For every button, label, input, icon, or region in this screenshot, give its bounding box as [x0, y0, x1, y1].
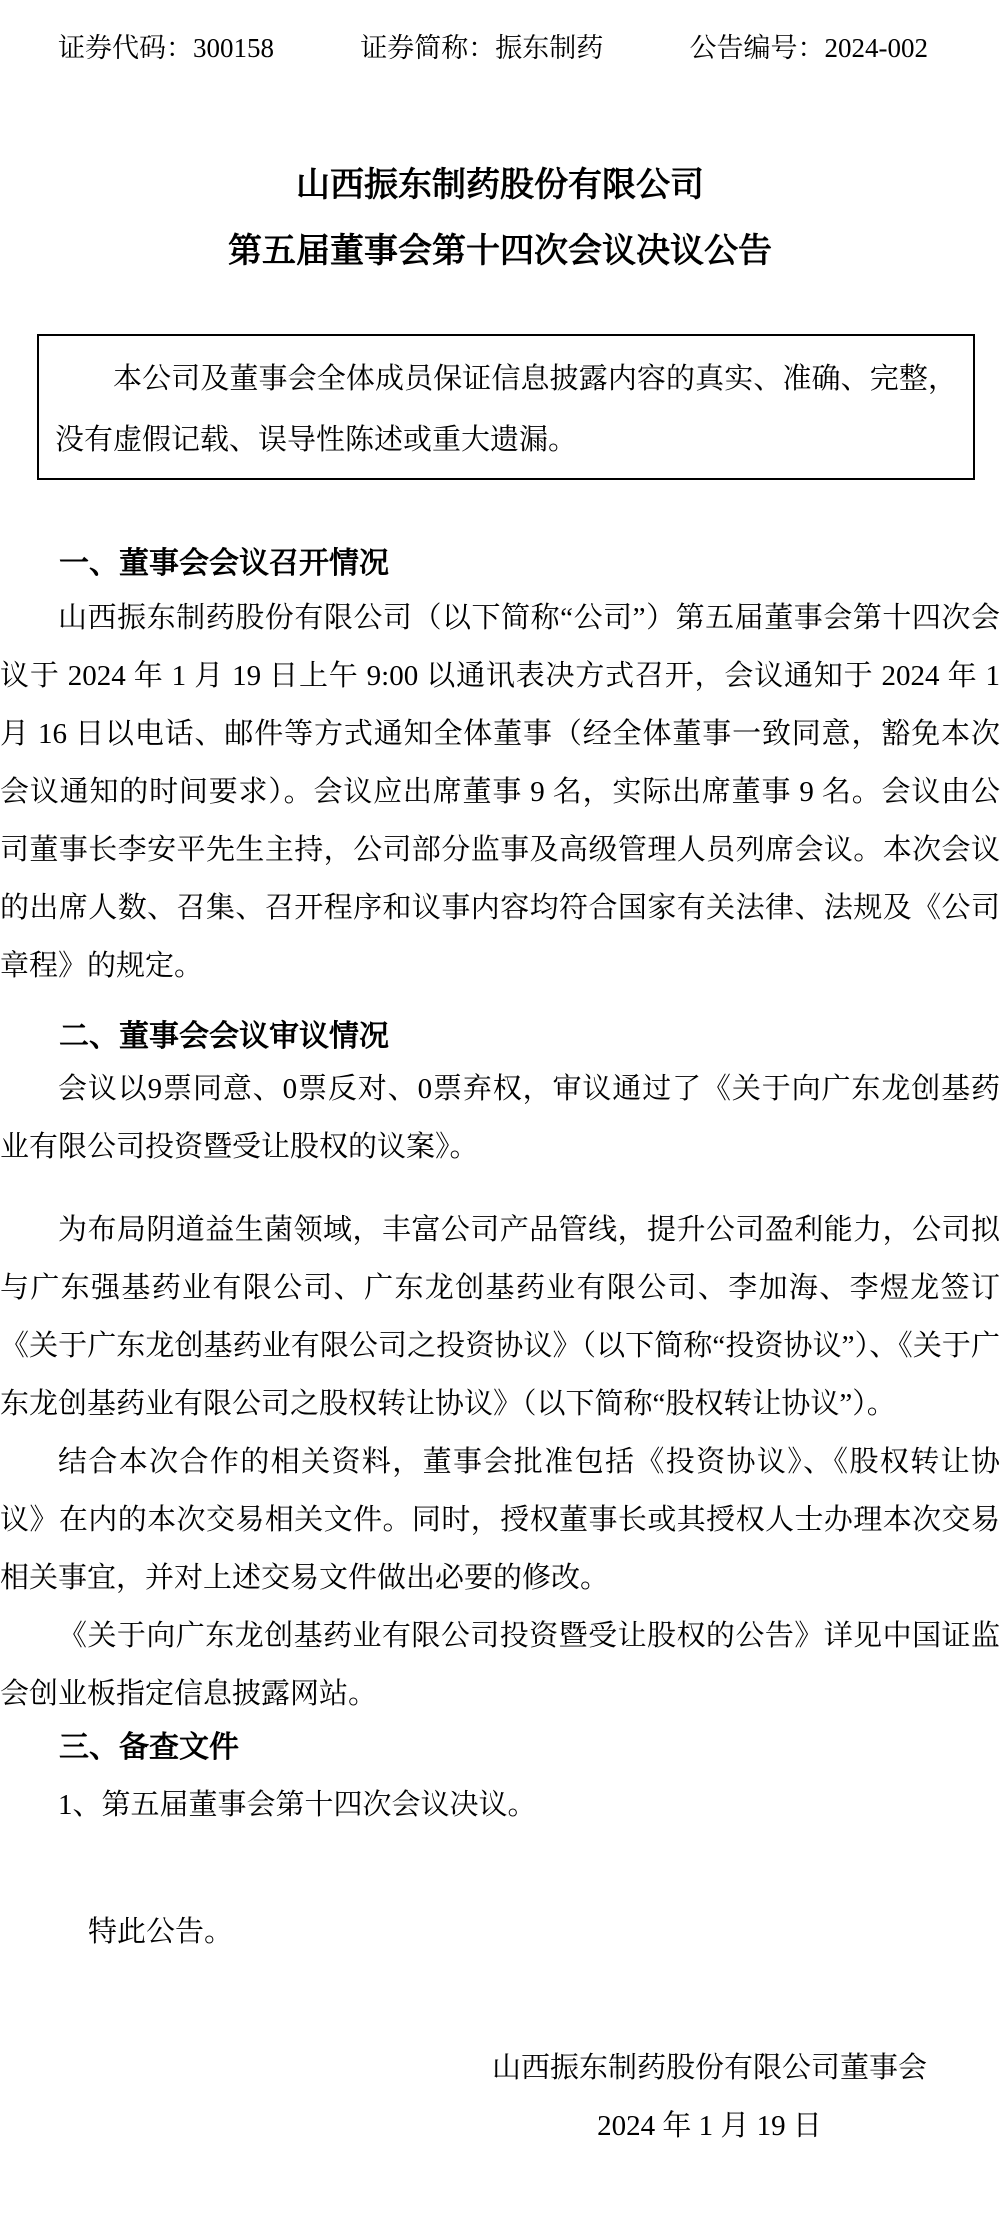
- company-name-title: 山西振东制药股份有限公司: [0, 164, 1000, 208]
- closing-note: 特此公告。: [0, 1903, 1000, 1961]
- section2-paragraph-3: 结合本次合作的相关资料，董事会批准包括《投资协议》、《股权转让协议》在内的本次交…: [0, 1433, 1000, 1607]
- stock-code: 证券代码：300158: [58, 30, 274, 66]
- section2-heading: 二、董事会会议审议情况: [0, 1019, 1000, 1055]
- signature-company: 山西振东制药股份有限公司董事会: [492, 2039, 927, 2097]
- announcement-number: 公告编号：2024-002: [690, 30, 929, 66]
- section3-heading: 三、备查文件: [0, 1730, 1000, 1766]
- section3-item-1: 1、第五届董事会第十四次会议决议。: [0, 1776, 1000, 1834]
- document-header: 证券代码：300158 证券简称：振东制药 公告编号：2024-002: [58, 30, 928, 66]
- signature-date: 2024 年 1 月 19 日: [492, 2097, 927, 2155]
- disclaimer-text: 本公司及董事会全体成员保证信息披露内容的真实、准确、完整，没有虚假记载、误导性陈…: [55, 349, 957, 471]
- disclaimer-box: 本公司及董事会全体成员保证信息披露内容的真实、准确、完整，没有虚假记载、误导性陈…: [37, 334, 975, 480]
- section1-paragraph-1: 山西振东制药股份有限公司（以下简称“公司”）第五届董事会第十四次会议于 2024…: [0, 589, 1000, 995]
- section2-paragraph-4: 《关于向广东龙创基药业有限公司投资暨受让股权的公告》详见中国证监会创业板指定信息…: [0, 1607, 1000, 1723]
- stock-short-name: 证券简称：振东制药: [360, 30, 603, 66]
- announcement-page: 证券代码：300158 证券简称：振东制药 公告编号：2024-002 山西振东…: [0, 0, 1000, 2233]
- section1-heading: 一、董事会会议召开情况: [0, 546, 1000, 582]
- meeting-resolution-title: 第五届董事会第十四次会议决议公告: [0, 230, 1000, 274]
- signature-block: 山西振东制药股份有限公司董事会 2024 年 1 月 19 日: [492, 2039, 927, 2155]
- section2-paragraph-2: 为布局阴道益生菌领域，丰富公司产品管线，提升公司盈利能力，公司拟与广东强基药业有…: [0, 1201, 1000, 1433]
- section2-paragraph-1: 会议以9票同意、0票反对、0票弃权，审议通过了《关于向广东龙创基药业有限公司投资…: [0, 1060, 1000, 1176]
